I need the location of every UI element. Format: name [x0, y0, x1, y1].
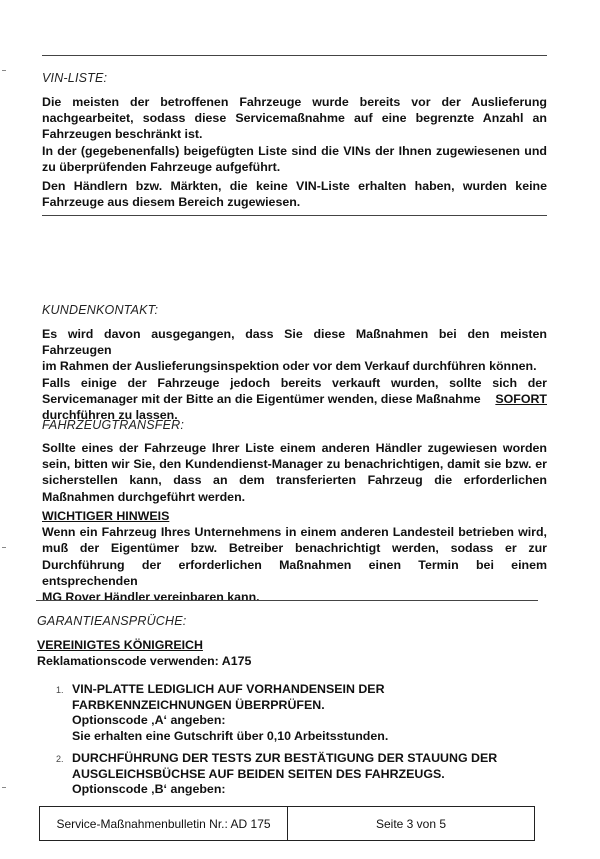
text-line: sein, bitten wir Sie, den Kundendienst-M… [42, 456, 547, 472]
text-line: im Rahmen der Auslieferungsinspektion od… [42, 358, 547, 374]
text-line: nachgearbeitet, sodass diese Servicemaßn… [42, 110, 547, 126]
text-line: Es wird davon ausgegangen, dass Sie dies… [42, 326, 547, 358]
text-line: Durchführung der erforderlichen Maßnahme… [42, 557, 547, 589]
footer-page-number: Seite 3 von 5 [288, 807, 534, 840]
warranty-intro: VEREINIGTES KÖNIGREICH Reklamationscode … [37, 637, 542, 669]
text-line: Falls einige der Fahrzeuge jedoch bereit… [42, 375, 547, 391]
text-line: Optionscode ‚A‘ angeben: [72, 713, 516, 729]
text-line: MG Rover Händler vereinbaren kann. [42, 589, 547, 605]
vehicle-transfer-paragraph: Sollte eines der Fahrzeuge Ihrer Liste e… [42, 440, 547, 505]
divider-top [42, 55, 547, 56]
important-notice: WICHTIGER HINWEIS Wenn ein Fahrzeug Ihre… [42, 508, 547, 605]
claim-code: Reklamationscode verwenden: A175 [37, 653, 542, 669]
footer-bulletin: Service-Maßnahmenbulletin Nr.: AD 175 [40, 807, 288, 840]
scan-mark [2, 787, 6, 788]
section-heading-vehicle-transfer: FAHRZEUGTRANSFER: [42, 418, 184, 432]
warranty-item-1: 1. VIN-PLATTE LEDIGLICH AUF VORHANDENSEI… [56, 682, 516, 744]
text-line: Die meisten der betroffenen Fahrzeuge wu… [42, 94, 547, 110]
scan-mark [2, 70, 6, 71]
text-line: DURCHFÜHRUNG DER TESTS ZUR BESTÄTIGUNG D… [72, 751, 516, 767]
vin-list-paragraph-2: Den Händlern bzw. Märkten, die keine VIN… [42, 178, 547, 210]
text-line: Wenn ein Fahrzeug Ihres Unternehmens in … [42, 524, 547, 540]
text-line: Servicemanager mit der Bitte an die Eige… [42, 391, 547, 407]
text-line: sicherstellen kann, dass an dem transfer… [42, 472, 547, 488]
text-line: Maßnahmen durchgeführt werden. [42, 489, 547, 505]
item-number: 2. [56, 752, 64, 768]
vin-list-paragraph-1: Die meisten der betroffenen Fahrzeuge wu… [42, 94, 547, 175]
scan-mark [2, 547, 6, 548]
text-line: FARBKENNZEICHNUNGEN ÜBERPRÜFEN. [72, 698, 516, 714]
section-heading-warranty: GARANTIEANSPRÜCHE: [37, 614, 186, 628]
page-footer: Service-Maßnahmenbulletin Nr.: AD 175 Se… [39, 806, 535, 841]
text-line: Fahrzeuge aus diesem Bereich zugewiesen. [42, 194, 547, 210]
text-line: In der (gegebenenfalls) beigefügten List… [42, 143, 547, 159]
section-heading-customer-contact: KUNDENKONTAKT: [42, 303, 158, 317]
text-line: Optionscode ‚B‘ angeben: [72, 782, 516, 798]
text-line: Sollte eines der Fahrzeuge Ihrer Liste e… [42, 440, 547, 456]
divider [36, 600, 538, 601]
text-line: Den Händlern bzw. Märkten, die keine VIN… [42, 178, 547, 194]
text-segment: Servicemanager mit der Bitte an die Eige… [42, 391, 481, 407]
text-line: muß der Eigentümer bzw. Betreiber benach… [42, 540, 547, 556]
text-line: Fahrzeugen beschränkt ist. [42, 126, 547, 142]
text-line: zu überprüfenden Fahrzeuge aufgeführt. [42, 159, 547, 175]
text-line: VIN-PLATTE LEDIGLICH AUF VORHANDENSEIN D… [72, 682, 516, 698]
region-title: VEREINIGTES KÖNIGREICH [37, 637, 542, 653]
customer-contact-paragraph: Es wird davon ausgegangen, dass Sie dies… [42, 326, 547, 423]
emphasis-sofort: SOFORT [495, 391, 547, 407]
section-heading-vin-list: VIN-LISTE: [42, 71, 107, 85]
notice-title: WICHTIGER HINWEIS [42, 508, 547, 524]
divider [42, 215, 547, 216]
warranty-item-2: 2. DURCHFÜHRUNG DER TESTS ZUR BESTÄTIGUN… [56, 751, 516, 798]
text-line: Sie erhalten eine Gutschrift über 0,10 A… [72, 729, 516, 745]
item-number: 1. [56, 683, 64, 699]
text-line: AUSGLEICHSBÜCHSE AUF BEIDEN SEITEN DES F… [72, 767, 516, 783]
